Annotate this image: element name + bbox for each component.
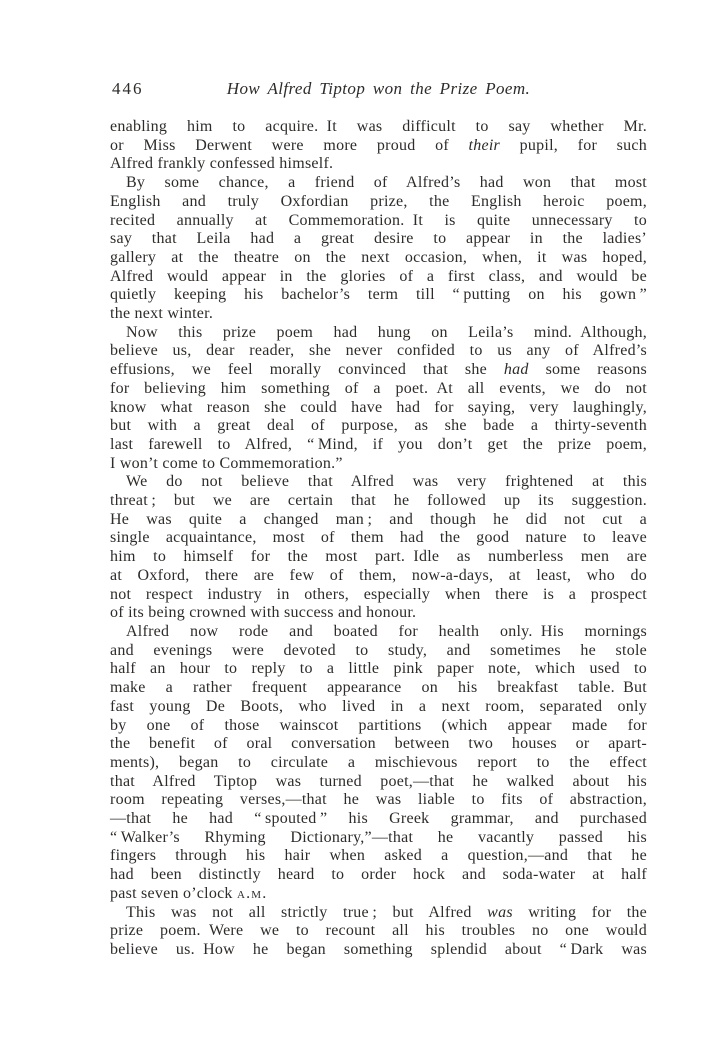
- text-line: of its being crowned with success and ho…: [110, 604, 647, 623]
- text-line: or Miss Derwent were more proud of their…: [110, 137, 647, 156]
- text-line: not respect industry in others, especial…: [110, 586, 647, 605]
- text-line: half an hour to reply to a little pink p…: [110, 660, 647, 679]
- text-line: Alfred frankly confessed himself.: [110, 155, 647, 174]
- scan-speck: [633, 931, 636, 933]
- text-line: last farewell to Alfred, “ Mind, if you …: [110, 436, 647, 455]
- paragraph: We do not believe that Alfred was very f…: [110, 473, 647, 623]
- text-line: had been distinctly heard to order hock …: [110, 866, 647, 885]
- text-line: effusions, we feel morally convinced tha…: [110, 361, 647, 380]
- text-line: for believing him something of a poet. A…: [110, 380, 647, 399]
- text-line: Alfred now rode and boated for health on…: [110, 623, 647, 642]
- text-line: English and truly Oxfordian prize, the E…: [110, 193, 647, 212]
- text-line: the benefit of oral conversation between…: [110, 735, 647, 754]
- text-line: him to himself for the most part. Idle a…: [110, 548, 647, 567]
- text-line: know what reason she could have had for …: [110, 399, 647, 418]
- page-number: 446: [112, 79, 144, 99]
- text-line: past seven o’clock a.m.: [110, 885, 647, 904]
- running-title: How Alfred Tiptop won the Prize Poem.: [110, 79, 647, 99]
- text-line: threat ; but we are certain that he foll…: [110, 492, 647, 511]
- paragraph: enabling him to acquire. It was difficul…: [110, 118, 647, 174]
- text-line: gallery at the theatre on the next occas…: [110, 249, 647, 268]
- text-line: This was not all strictly true ; but Alf…: [110, 904, 647, 923]
- text-line: We do not believe that Alfred was very f…: [110, 473, 647, 492]
- text-line: By some chance, a friend of Alfred’s had…: [110, 174, 647, 193]
- text-line: but with a great deal of purpose, as she…: [110, 417, 647, 436]
- text-line: by one of those wainscot partitions (whi…: [110, 717, 647, 736]
- text-line: —that he had “ spouted ” his Greek gramm…: [110, 810, 647, 829]
- text-line: fingers through his hair when asked a qu…: [110, 847, 647, 866]
- text-line: say that Leila had a great desire to app…: [110, 230, 647, 249]
- text-line: make a rather frequent appearance on his…: [110, 679, 647, 698]
- text-line: He was quite a changed man ; and though …: [110, 511, 647, 530]
- text-line: ments), began to circulate a mischievous…: [110, 754, 647, 773]
- text-line: Alfred would appear in the glories of a …: [110, 268, 647, 287]
- book-page: 446 How Alfred Tiptop won the Prize Poem…: [0, 0, 711, 1038]
- text-line: single acquaintance, most of them had th…: [110, 529, 647, 548]
- text-line: quietly keeping his bachelor’s term till…: [110, 286, 647, 305]
- text-line: recited annually at Commemoration. It is…: [110, 212, 647, 231]
- text-line: the next winter.: [110, 305, 647, 324]
- text-line: that Alfred Tiptop was turned poet,—that…: [110, 773, 647, 792]
- text-line: fast young De Boots, who lived in a next…: [110, 698, 647, 717]
- text-line: Now this prize poem had hung on Leila’s …: [110, 324, 647, 343]
- text-line: and evenings were devoted to study, and …: [110, 642, 647, 661]
- text-line: at Oxford, there are few of them, now-a-…: [110, 567, 647, 586]
- text-line: I won’t come to Commemoration.”: [110, 455, 647, 474]
- paragraph: Now this prize poem had hung on Leila’s …: [110, 324, 647, 474]
- text-line: “ Walker’s Rhyming Dictionary,”—that he …: [110, 829, 647, 848]
- text-column: 446 How Alfred Tiptop won the Prize Poem…: [110, 79, 647, 960]
- paragraph: Alfred now rode and boated for health on…: [110, 623, 647, 904]
- text-line: believe us, dear reader, she never confi…: [110, 342, 647, 361]
- text-line: believe us. How he began something splen…: [110, 941, 647, 960]
- text-line: enabling him to acquire. It was difficul…: [110, 118, 647, 137]
- page-header: 446 How Alfred Tiptop won the Prize Poem…: [110, 79, 647, 118]
- body-text: enabling him to acquire. It was difficul…: [110, 118, 647, 960]
- text-line: prize poem. Were we to recount all his t…: [110, 922, 647, 941]
- text-line: room repeating verses,—that he was liabl…: [110, 791, 647, 810]
- paragraph: By some chance, a friend of Alfred’s had…: [110, 174, 647, 324]
- paragraph: This was not all strictly true ; but Alf…: [110, 904, 647, 960]
